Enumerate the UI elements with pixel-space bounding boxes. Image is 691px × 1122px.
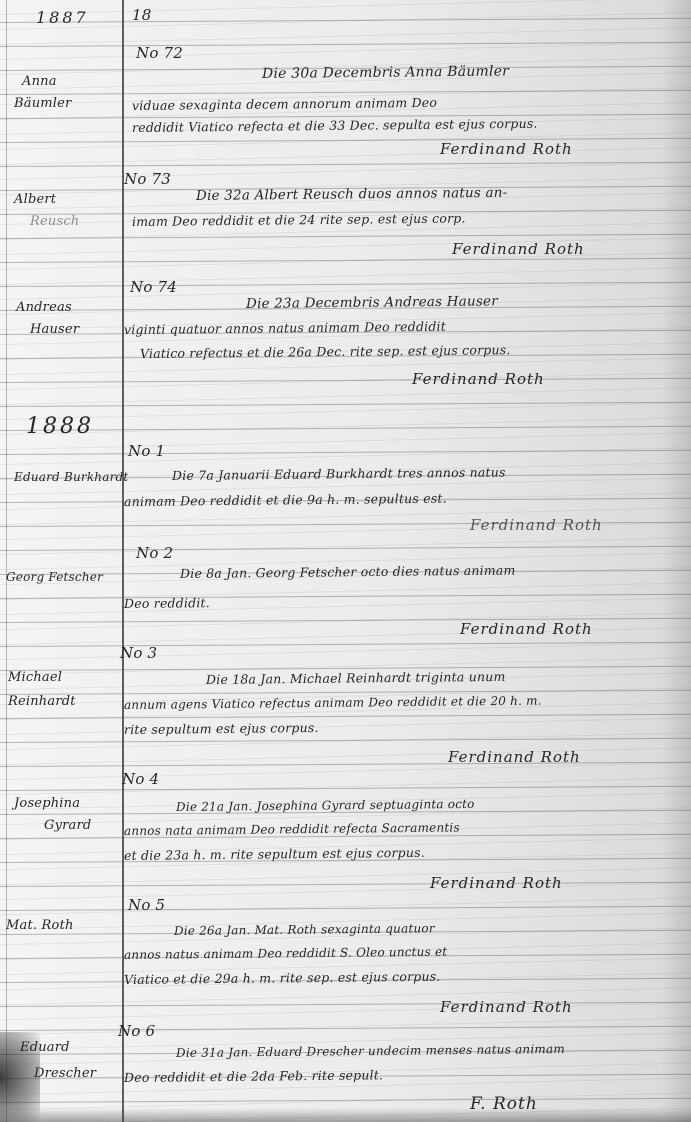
ruled-line [0,642,691,647]
entry-number: No 2 [136,544,173,562]
margin-name: Bäumler [14,96,71,111]
entry-line: imam Deo reddidit et die 24 rite sep. es… [132,211,466,229]
entry-number: No 73 [124,170,171,188]
priest-signature: Ferdinand Roth [470,516,603,534]
margin-name: Josephina [14,796,80,811]
priest-signature: Ferdinand Roth [460,620,593,638]
entry-line: reddidit Viatico refecta et die 33 Dec. … [132,116,538,135]
priest-signature: Ferdinand Roth [430,874,563,892]
entry-line: Die 7a Januarii Eduard Burkhardt tres an… [172,465,506,483]
priest-signature: Ferdinand Roth [440,998,573,1016]
entry-line: Die 31a Jan. Eduard Drescher undecim men… [176,1042,565,1060]
entry-line: Die 30a Decembris Anna Bäumler [262,63,509,82]
margin-name: Michael [8,670,62,685]
ruled-line [0,138,691,143]
ruled-line [0,714,691,719]
margin-name: Reusch [30,214,79,229]
margin-name: Eduard Burkhardt [14,470,128,484]
ruled-line [0,450,691,455]
ruled-line [0,234,691,239]
entry-line: Viatico refectus et die 26a Dec. rite se… [140,342,511,361]
entry-line: et die 23a h. m. rite sepultum est ejus … [124,845,425,863]
priest-signature: Ferdinand Roth [440,140,573,158]
entry-line: animam Deo reddidit et die 9a h. m. sepu… [124,491,447,509]
ruled-line [0,402,691,407]
entry-line: viginti quatuor annos natus animam Deo r… [124,319,446,337]
margin-name: Drescher [34,1066,96,1081]
entry-line: Die 23a Decembris Andreas Hauser [246,293,498,312]
ruled-line [0,90,691,95]
top-page-mark: 18 [132,6,152,24]
entry-number: No 5 [128,896,165,914]
ruled-line [0,906,691,911]
priest-signature: Ferdinand Roth [412,370,545,388]
entry-number: No 72 [136,44,183,62]
register-page: 1887 18 No 72 Anna Bäumler Die 30a Decem… [0,0,691,1122]
entry-line: Die 8a Jan. Georg Fetscher octo dies nat… [180,562,516,581]
ruled-line [0,1098,691,1103]
ruled-line [0,786,691,791]
ruled-line [0,762,691,767]
entry-number: No 4 [122,770,159,788]
ruled-line [0,546,691,551]
entry-line: Viatico et die 29a h. m. rite sep. est e… [124,969,441,987]
ruled-line [0,1002,691,1007]
entry-number: No 3 [120,644,157,662]
entry-line: rite sepultum est ejus corpus. [124,720,319,737]
ruled-line [0,594,691,599]
ruled-line [0,738,691,743]
margin-name: Hauser [30,322,79,337]
ruled-line [0,18,691,23]
top-year-mark: 1887 [36,8,89,27]
ruled-line [0,378,691,383]
ruled-line [0,426,691,431]
margin-name: Anna [22,74,57,89]
margin-name: Reinhardt [8,694,76,709]
entry-line: annum agens Viatico refectus animam Deo … [124,694,542,712]
margin-name: Andreas [16,300,72,315]
entry-line: viduae sexaginta decem annorum animam De… [132,95,437,113]
entry-line: Die 32a Albert Reusch duos annos natus a… [196,185,508,204]
entry-line: Deo reddidit et die 2da Feb. rite sepult… [124,1067,383,1085]
entry-number: No 1 [128,442,165,460]
year-heading: 1888 [26,414,94,439]
priest-signature: Ferdinand Roth [448,748,581,766]
ruled-line [0,42,691,47]
ruled-line [0,282,691,287]
entry-line: Die 26a Jan. Mat. Roth sexaginta quatuor [174,921,435,938]
entry-number: No 74 [130,278,177,296]
entry-line: Die 18a Jan. Michael Reinhardt triginta … [206,669,506,687]
entry-line: Deo reddidit. [124,595,210,611]
ruled-line [0,162,691,167]
scan-edge-shade [661,0,691,1122]
priest-signature: Ferdinand Roth [452,240,585,258]
margin-name: Albert [14,192,56,207]
margin-name: Mat. Roth [6,918,74,933]
margin-name: Gyrard [44,818,91,833]
page-edge-line [6,0,7,1122]
entry-number: No 6 [118,1022,155,1040]
entry-line: annos natus animam Deo reddidit S. Oleo … [124,945,447,962]
scan-shadow-bottom [0,1108,691,1122]
ruled-line [0,258,691,263]
ruled-line [0,1026,691,1031]
ruled-line [0,882,691,887]
ruled-line [0,690,691,695]
margin-name: Georg Fetscher [6,570,103,584]
